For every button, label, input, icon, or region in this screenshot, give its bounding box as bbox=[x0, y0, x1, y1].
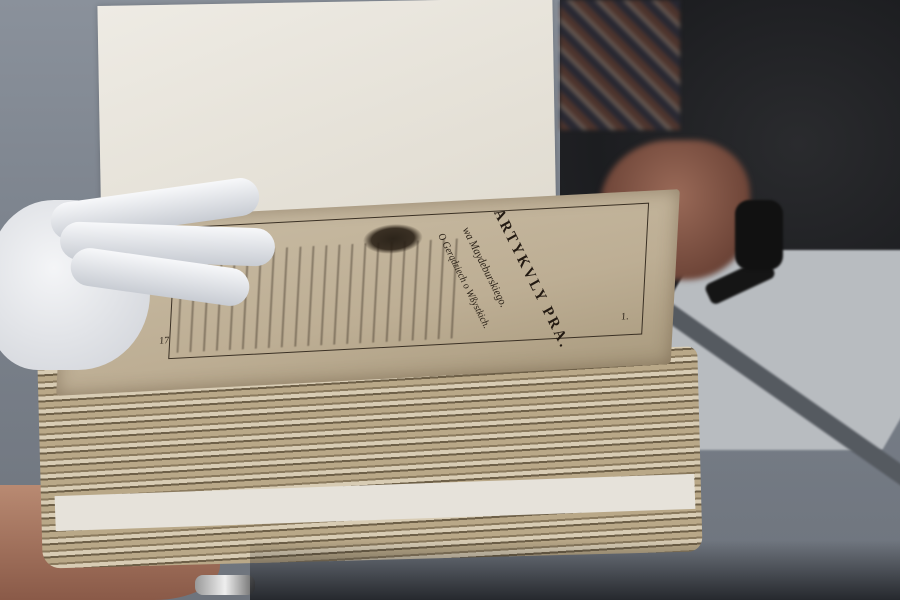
page-number-right: 1. bbox=[621, 311, 629, 322]
wristwatch bbox=[735, 200, 783, 270]
bracelet bbox=[195, 575, 255, 595]
plaid-shirt bbox=[560, 0, 680, 130]
table-shadow bbox=[250, 540, 900, 600]
white-glove bbox=[0, 180, 290, 370]
photo-scene: ARTYKVLY PRA. wa Maydeburskiego. O Gerąd… bbox=[0, 0, 900, 600]
